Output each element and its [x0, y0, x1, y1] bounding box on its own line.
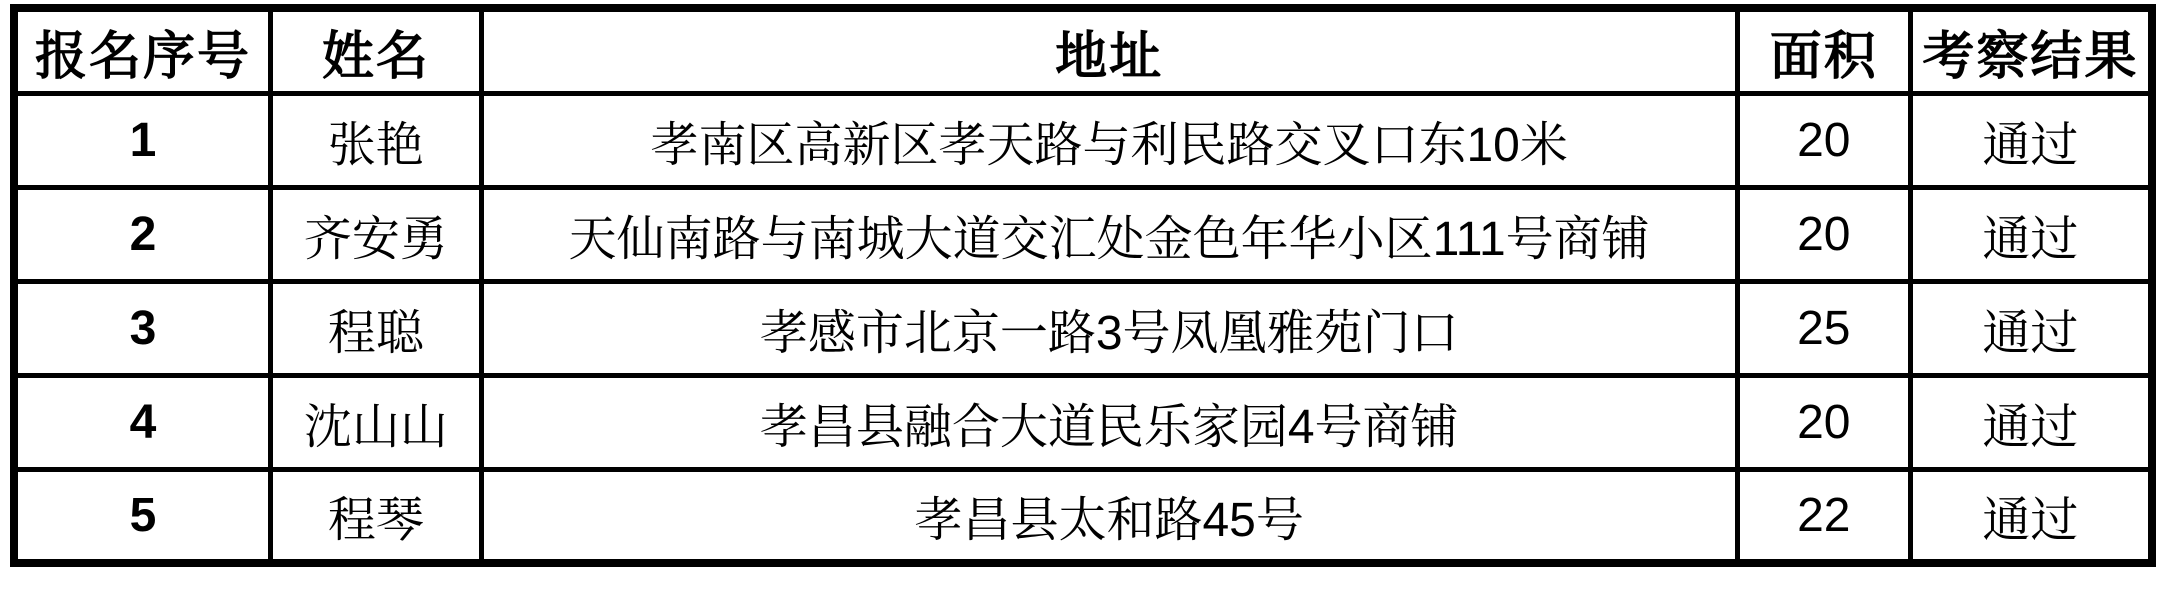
cell-seq: 1: [14, 93, 271, 187]
cell-result: 通过: [1910, 281, 2152, 375]
table-row: 2 齐安勇 天仙南路与南城大道交汇处金色年华小区111号商铺 20 通过: [14, 187, 2152, 281]
table-row: 1 张艳 孝南区高新区孝天路与利民路交叉口东10米 20 通过: [14, 93, 2152, 187]
cell-result: 通过: [1910, 375, 2152, 469]
header-result: 考察结果: [1910, 8, 2152, 93]
cell-seq: 3: [14, 281, 271, 375]
cell-result: 通过: [1910, 93, 2152, 187]
table-row: 5 程琴 孝昌县太和路45号 22 通过: [14, 469, 2152, 563]
cell-area: 20: [1737, 93, 1910, 187]
header-area: 面积: [1737, 8, 1910, 93]
table-header-row: 报名序号 姓名 地址 面积 考察结果: [14, 8, 2152, 93]
registration-inspection-table: 报名序号 姓名 地址 面积 考察结果 1 张艳 孝南区高新区孝天路与利民路交叉口…: [10, 4, 2156, 567]
cell-name: 齐安勇: [271, 187, 482, 281]
cell-address: 孝感市北京一路3号凤凰雅苑门口: [481, 281, 1737, 375]
cell-area: 22: [1737, 469, 1910, 563]
cell-area: 25: [1737, 281, 1910, 375]
table-row: 4 沈山山 孝昌县融合大道民乐家园4号商铺 20 通过: [14, 375, 2152, 469]
cell-result: 通过: [1910, 469, 2152, 563]
registration-table-container: 报名序号 姓名 地址 面积 考察结果 1 张艳 孝南区高新区孝天路与利民路交叉口…: [10, 4, 2156, 567]
cell-name: 张艳: [271, 93, 482, 187]
header-name: 姓名: [271, 8, 482, 93]
cell-result: 通过: [1910, 187, 2152, 281]
cell-seq: 4: [14, 375, 271, 469]
cell-seq: 5: [14, 469, 271, 563]
cell-area: 20: [1737, 375, 1910, 469]
cell-address: 天仙南路与南城大道交汇处金色年华小区111号商铺: [481, 187, 1737, 281]
cell-address: 孝昌县太和路45号: [481, 469, 1737, 563]
table-row: 3 程聪 孝感市北京一路3号凤凰雅苑门口 25 通过: [14, 281, 2152, 375]
cell-area: 20: [1737, 187, 1910, 281]
header-address: 地址: [481, 8, 1737, 93]
cell-address: 孝南区高新区孝天路与利民路交叉口东10米: [481, 93, 1737, 187]
header-seq: 报名序号: [14, 8, 271, 93]
cell-seq: 2: [14, 187, 271, 281]
cell-name: 程聪: [271, 281, 482, 375]
cell-name: 沈山山: [271, 375, 482, 469]
cell-address: 孝昌县融合大道民乐家园4号商铺: [481, 375, 1737, 469]
cell-name: 程琴: [271, 469, 482, 563]
